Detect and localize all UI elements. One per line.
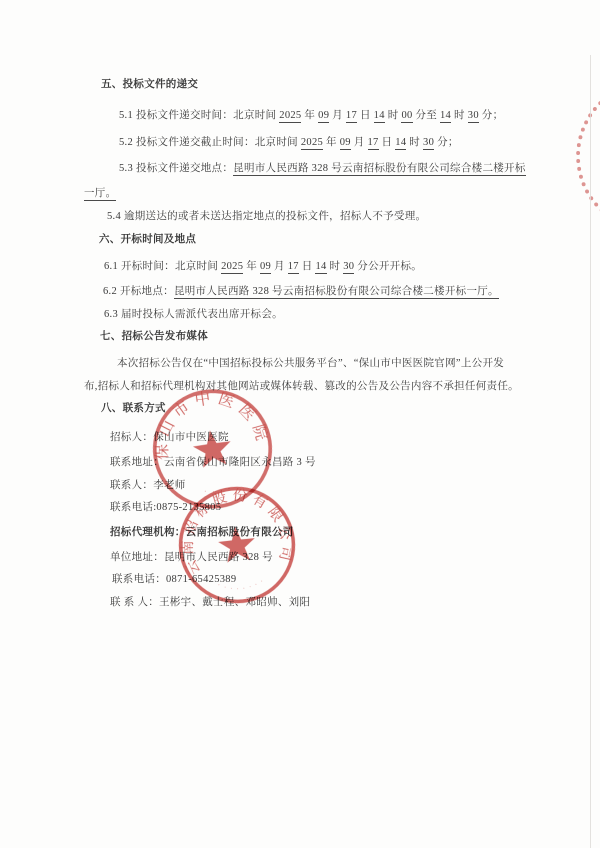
section-6-heading: 六、开标时间及地点: [99, 233, 196, 247]
bid-submission-hour: 14: [374, 110, 385, 123]
item-6-3: 6.3 届时投标人需派代表出席开标会。: [104, 308, 283, 322]
unit-minute-end: 分；: [479, 110, 504, 121]
submission-address: 昆明市人民西路 328 号云南招标股份有限公司综合楼二楼开标: [233, 163, 526, 176]
item-6-1-text: 6.1 开标时间：北京时间: [104, 261, 221, 272]
bid-submission-end-minute: 30: [468, 110, 479, 123]
seal-star-icon: [191, 428, 234, 469]
announcement-media-line-1: 本次招标公告仅在“中国招标投标公共服务平台”、“保山市中医医院官网”上公开发: [117, 357, 504, 371]
opening-month: 09: [260, 261, 271, 274]
announcement-media-line-2: 布,招标人和招标代理机构对其他网站或媒体转载、篡改的公告及公告内容不承担任何责任…: [84, 380, 519, 394]
deadline-hour: 14: [395, 137, 406, 150]
item-5-3-wrap: 一厅。: [84, 187, 116, 201]
item-6-2: 6.2 开标地点：昆明市人民西路 328 号云南招标股份有限公司综合楼二楼开标一…: [103, 285, 499, 299]
item-5-4: 5.4 逾期送达的或者未送达指定地点的投标文件，招标人不予受理。: [107, 210, 426, 224]
section-5-heading: 五、投标文件的递交: [101, 78, 198, 92]
section-7-heading: 七、招标公告发布媒体: [100, 330, 208, 344]
item-6-2-label: 6.2 开标地点：: [103, 286, 174, 297]
unit-day: 日: [299, 261, 316, 272]
scan-edge-line: [590, 55, 591, 848]
unit-hour: 时: [406, 137, 423, 148]
unit-day: 日: [357, 110, 374, 121]
agency-seal-serial-marks: · · · · · · · ·: [216, 578, 267, 595]
item-5-3-label: 5.3 投标文件递交地点：: [119, 163, 233, 174]
seal-star-icon: [217, 525, 257, 564]
deadline-year: 2025: [301, 137, 323, 150]
item-5-1: 5.1 投标文件递交时间：北京时间 2025 年 09 月 17 日 14 时 …: [119, 109, 503, 123]
unit-hour: 时: [327, 261, 344, 272]
unit-until: 分至: [413, 110, 440, 121]
bid-submission-year: 2025: [279, 110, 301, 123]
deadline-minute: 30: [423, 137, 434, 150]
opening-address: 昆明市人民西路 328 号云南招标股份有限公司综合楼二楼开标一厅。: [174, 286, 499, 299]
unit-month: 月: [271, 261, 288, 272]
item-5-3: 5.3 投标文件递交地点：昆明市人民西路 328 号云南招标股份有限公司综合楼二…: [119, 162, 526, 176]
unit-year: 年: [301, 110, 318, 121]
unit-month: 月: [329, 110, 346, 121]
item-5-2: 5.2 投标文件递交截止时间：北京时间 2025 年 09 月 17 日 14 …: [119, 136, 459, 150]
submission-address-wrap: 一厅。: [84, 188, 116, 201]
opening-year: 2025: [221, 261, 243, 274]
unit-minute: 分；: [434, 137, 459, 148]
svg-text:· · · · · · · ·: · · · · · · · ·: [216, 578, 267, 595]
unit-hour: 时: [385, 110, 402, 121]
deadline-month: 09: [340, 137, 351, 150]
opening-hour: 14: [315, 261, 326, 274]
agency-seal-graphic: 云南招标股份有限公司 · · · · · · · ·: [170, 478, 304, 612]
bid-submission-day: 17: [346, 110, 357, 123]
bid-submission-end-hour: 14: [440, 110, 451, 123]
unit-year: 年: [323, 137, 340, 148]
unit-hour-2: 时: [451, 110, 468, 121]
agency-official-seal: 云南招标股份有限公司 · · · · · · · ·: [170, 478, 304, 612]
unit-month: 月: [351, 137, 368, 148]
unit-day: 日: [379, 137, 396, 148]
bid-submission-minute: 00: [401, 110, 412, 123]
partial-seal-edge-arc: [576, 80, 600, 232]
item-5-2-text: 5.2 投标文件递交截止时间：北京时间: [119, 137, 301, 148]
opening-day: 17: [288, 261, 299, 274]
item-5-1-text: 5.1 投标文件递交时间：北京时间: [119, 110, 279, 121]
unit-year: 年: [243, 261, 260, 272]
unit-minute: 分公开开标。: [354, 261, 422, 272]
scanned-tender-document-page: 五、投标文件的递交 5.1 投标文件递交时间：北京时间 2025 年 09 月 …: [0, 0, 600, 848]
bid-submission-month: 09: [318, 110, 329, 123]
deadline-day: 17: [368, 137, 379, 150]
opening-minute: 30: [343, 261, 354, 274]
item-6-1: 6.1 开标时间：北京时间 2025 年 09 月 17 日 14 时 30 分…: [104, 260, 422, 274]
